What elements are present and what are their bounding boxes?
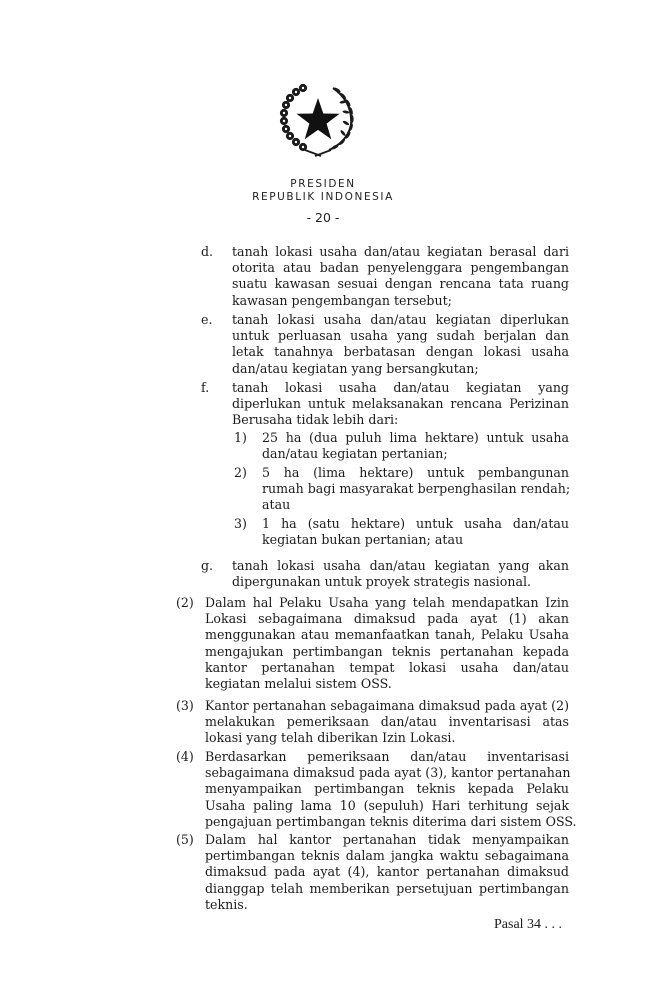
ayat-2-text: Dalam hal Pelaku Usaha yang telah mendap… [205, 595, 569, 692]
ayat-5-label: (5) [176, 832, 194, 848]
ayat-3-label: (3) [176, 698, 194, 714]
sub-item-1-text: 25 ha (dua puluh lima hektare) untuk usa… [262, 430, 569, 462]
garuda-star-emblem-icon [273, 80, 363, 160]
sub-item-2-text: 5 ha (lima hektare) untuk pembangunanrum… [262, 465, 569, 514]
page-number: - 20 - [0, 210, 646, 225]
list-item-g-label: g. [201, 558, 213, 574]
ayat-2-label: (2) [176, 595, 194, 611]
list-item-d-text: tanah lokasi usaha dan/atau kegiatan ber… [232, 244, 569, 309]
continuation-note: Pasal 34 . . . [494, 917, 562, 933]
ayat-5-text: Dalam hal kantor pertanahan tidak menyam… [205, 832, 569, 913]
sub-item-3-label: 3) [234, 516, 247, 532]
header-president: PRESIDEN [0, 178, 646, 190]
list-item-f-text: tanah lokasi usaha dan/atau kegiatan yan… [232, 380, 569, 429]
list-item-d-label: d. [201, 244, 213, 260]
list-item-e-label: e. [201, 312, 212, 328]
list-item-f-label: f. [201, 380, 209, 396]
sub-item-2-label: 2) [234, 465, 247, 481]
ayat-4-text: Berdasarkan pemeriksaan dan/atau inventa… [205, 749, 569, 830]
header-republic: REPUBLIK INDONESIA [0, 191, 646, 203]
list-item-e-text: tanah lokasi usaha dan/atau kegiatan dip… [232, 312, 569, 377]
ayat-3-text: Kantor pertanahan sebagaimana dimaksud p… [205, 698, 569, 747]
ayat-4-label: (4) [176, 749, 194, 765]
sub-item-3-text: 1 ha (satu hektare) untuk usaha dan/atau… [262, 516, 569, 548]
list-item-g-text: tanah lokasi usaha dan/atau kegiatan yan… [232, 558, 569, 590]
sub-item-1-label: 1) [234, 430, 247, 446]
document-page: PRESIDEN REPUBLIK INDONESIA - 20 - d.tan… [0, 0, 646, 1000]
